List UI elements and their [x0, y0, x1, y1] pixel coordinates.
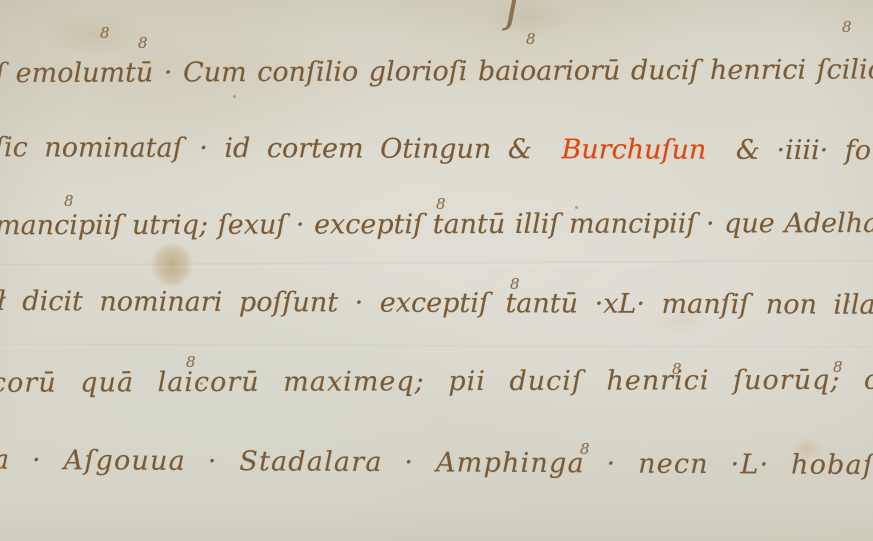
- manuscript-line-1: ſ emolumtū · Cum conſilio glorioſi baioa…: [0, 50, 873, 94]
- line-text: ł dicit nominari poſſunt · exceptiſ tant…: [0, 286, 873, 321]
- line-text: mancipiiſ utriq; ſexuſ · exceptiſ tantū …: [0, 208, 873, 242]
- line-text: a · Aſgouua · Stadalara · Amphinga · nec…: [0, 445, 873, 483]
- manuscript-line-3: mancipiiſ utriq; ſexuſ · exceptiſ tantū …: [0, 204, 873, 247]
- rubricated-place-name: Burchuſun: [561, 134, 706, 166]
- line-text: corū quā laicorū maximeq; pii duciſ henr…: [0, 364, 873, 399]
- line-text: & ·iiii· foreſteſ quo: [736, 135, 873, 167]
- manuscript-line-6: a · Aſgouua · Stadalara · Amphinga · nec…: [0, 441, 873, 488]
- manuscript-line-4: ł dicit nominari poſſunt · exceptiſ tant…: [0, 282, 873, 326]
- line-text: ſic nominataſ · id cortem Otingun &: [0, 132, 532, 165]
- line-text: ſ emolumtū · Cum conſilio glorioſi baioa…: [0, 54, 873, 89]
- manuscript-line-5: corū quā laicorū maximeq; pii duciſ henr…: [0, 360, 873, 404]
- manuscript-line-2: ſic nominataſ · id cortem Otingun & Burc…: [0, 128, 873, 172]
